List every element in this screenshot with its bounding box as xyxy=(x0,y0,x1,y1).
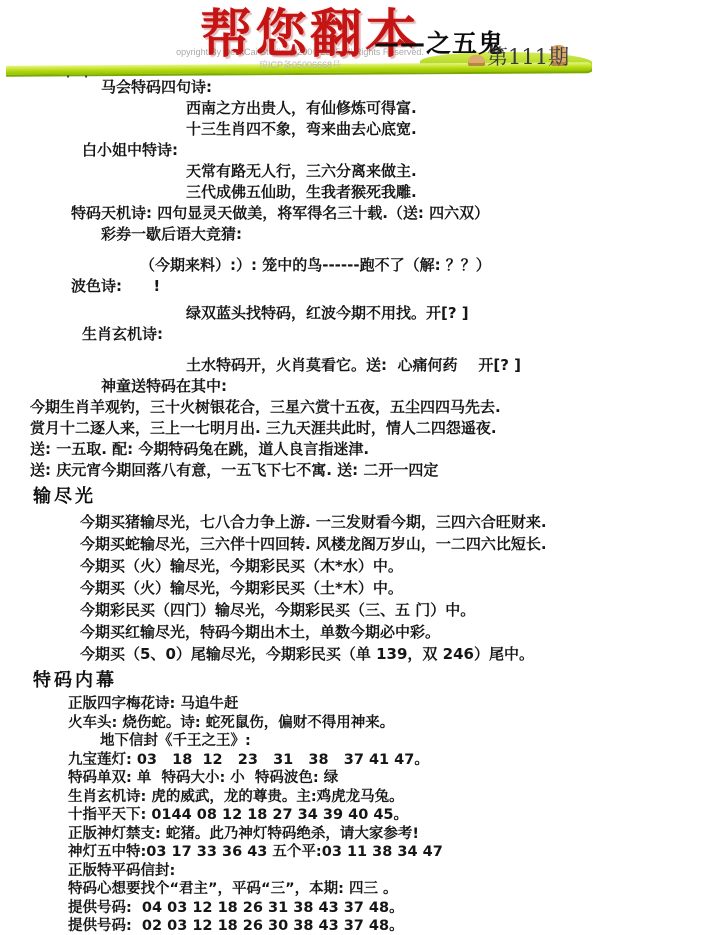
text-line: 今期买（火）输尽光，今期彩民买（木*水）中。 xyxy=(80,555,720,577)
section-heading: 特码内幕 xyxy=(33,669,720,693)
text-line: 正版神灯禁支: 蛇猪。此乃神灯特码绝杀，请大家参考! xyxy=(68,825,720,844)
section-heading: 输尽光 xyxy=(33,485,720,509)
text-line: 生肖玄机诗: 虎的威武，龙的尊贵。主:鸡虎龙马兔。 xyxy=(68,788,720,807)
text-line: 十三生肖四不象，弯来曲去心底宽. xyxy=(186,119,720,140)
text-line: 神灯五中特:03 17 33 36 43 五个平:03 11 38 34 47 xyxy=(68,843,720,862)
text-line: 今期生肖羊观钓，三十火树银花合，三星六赏十五夜，五尘四四马先去. xyxy=(30,397,720,418)
scanned-lottery-sheet: opyright By DeskCai Studio @2000-2005 Al… xyxy=(0,0,720,935)
text-line: 提供号码: 04 03 12 18 26 31 38 43 37 48。 xyxy=(68,899,720,918)
text-line: 白小姐中特诗: xyxy=(82,140,720,161)
page-subtitle: ——之五鬼 xyxy=(374,24,504,60)
text-line: 今期买（5、0）尾输尽光，今期彩民买（单 139，双 246）尾中。 xyxy=(80,643,720,665)
text-line: 土水特码开，火肖莫看它。送: 心痛何药 开[? ] xyxy=(186,355,720,376)
text-line: 三代成佛五仙助，生我者猴死我雕. xyxy=(186,182,720,203)
text-line: 十指平天下: 0144 08 12 18 27 34 39 40 45。 xyxy=(68,806,720,825)
text-line: 送: 一五取. 配: 今期特码兔在跳，道人良言指迷津. xyxy=(30,439,720,460)
text-line: 特码心想要找个“君主”，平码“三”，本期: 四三 。 xyxy=(68,880,720,899)
text-line: 今期买猪输尽光，七八合力争上游. 一三发财看今期，三四六合旺财来. xyxy=(80,511,720,533)
text-line: 正版四字梅花诗: 马追牛赶 xyxy=(68,695,720,714)
text-line: 赏月十二逐人来，三上一七明月出. 三九天涯共此时，情人二四怨遥夜. xyxy=(30,418,720,439)
text-line: 正版特平码信封: xyxy=(68,862,720,881)
text-line: 彩券一歇后语大竞猜: xyxy=(101,224,720,245)
text-line: 火车头: 烧伤蛇。诗: 蛇死鼠伤，偏财不得用神来。 xyxy=(68,714,720,733)
text-line: 今期买蛇输尽光，三六伴十四回转. 风楼龙阁万岁山，一二四六比短长. xyxy=(80,533,720,555)
text-line: 今期买（火）输尽光，今期彩民买（土*木）中。 xyxy=(80,577,720,599)
text-line: 绿双蓝头找特码，红波今期不用找。开[? ] xyxy=(186,303,720,324)
text-line: （今期来料）:）: 笼中的鸟------跑不了（解: ？？） xyxy=(140,255,720,276)
text-line: 波色诗: ! xyxy=(71,276,720,297)
text-line: 生肖玄机诗: xyxy=(82,324,720,345)
text-line: 今期彩民买（四门）输尽光，今期彩民买（三、五 门）中。 xyxy=(80,599,720,621)
text-line: 九宝莲灯: 03 18 12 23 31 38 37 41 47。 xyxy=(68,751,720,770)
text-line: 今期买红输尽光，特码今期出木土，单数今期必中彩。 xyxy=(80,621,720,643)
text-line: 送: 庆元宵今期回落八有意，一五飞下七不寓. 送: 二开一四定 xyxy=(30,460,720,481)
text-line: 西南之方出贵人，有仙修炼可得富. xyxy=(186,98,720,119)
text-line: 天常有路无人行，三六分离来做主. xyxy=(186,161,720,182)
text-line: 神童送特码在其中: xyxy=(101,376,720,397)
text-line: 提供号码: 02 03 12 18 26 30 38 43 37 48。 xyxy=(68,917,720,935)
text-line: 特码单双: 单 特码大小: 小 特码波色: 绿 xyxy=(68,769,720,788)
issue-number: 第111期 xyxy=(487,41,569,71)
text-line: 马会特码四句诗: xyxy=(101,77,720,98)
document-body: 马会特码四句诗:西南之方出贵人，有仙修炼可得富.十三生肖四不象，弯来曲去心底宽.… xyxy=(0,77,720,935)
text-line: 特码天机诗: 四句显灵天做美，将军得名三十载.（送: 四六双） xyxy=(71,203,720,224)
text-line: 地下信封《千王之王》: xyxy=(100,732,720,751)
